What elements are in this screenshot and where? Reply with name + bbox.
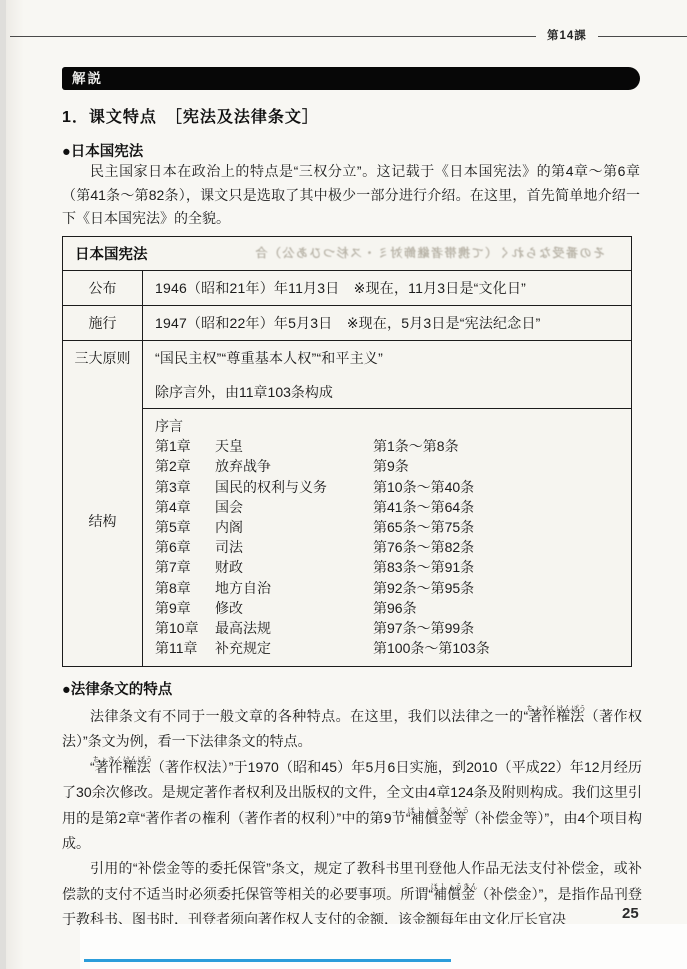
chapter-name: 国会 bbox=[215, 497, 373, 517]
chapter-number: 第7章 bbox=[155, 557, 215, 577]
law-paragraph: 引用的“补偿金等的委托保管”条文，规定了教科书里刊登他人作品无法支付补偿金，或补… bbox=[62, 856, 642, 932]
chapter-row: 第11章补充规定第100条～第103条 bbox=[155, 638, 619, 658]
chapter-name: 放弃战争 bbox=[215, 456, 373, 476]
chapter-articles: 第41条～第64条 bbox=[373, 497, 619, 517]
page-number: 25 bbox=[622, 905, 639, 922]
chapter-name: 补充规定 bbox=[215, 638, 373, 658]
chapter-name: 财政 bbox=[215, 557, 373, 577]
chapter-number: 第10章 bbox=[155, 618, 215, 638]
chapter-articles: 第83条～第91条 bbox=[373, 557, 619, 577]
chapter-name: 天皇 bbox=[215, 436, 373, 456]
chapter-number: 第8章 bbox=[155, 578, 215, 598]
table-row-structure: 结构 除序言外，由11章103条构成 序言 第1章天皇第1条～第8条第2章放弃战… bbox=[63, 375, 631, 666]
table-row-value: “国民主权”“尊重基本人权”“和平主义” bbox=[143, 341, 631, 375]
chapter-number: 第6章 bbox=[155, 537, 215, 557]
chapter-number: 第5章 bbox=[155, 517, 215, 537]
chapter-name: 司法 bbox=[215, 537, 373, 557]
chapter-number: 第2章 bbox=[155, 456, 215, 476]
ruby-annotated-term: ちょさくけんぽう著作権法 bbox=[528, 704, 584, 729]
ruby-annotated-term: ちょさくけんぽう著作権法 bbox=[95, 755, 151, 780]
table-row: 施行1947（昭和22年）年5月3日 ※现在，5月3日是“宪法纪念日” bbox=[63, 306, 631, 341]
scanned-page: 第14課 解説 1．课文特点 ［宪法及法律条文］ ●日本国宪法 民主国家日本在政… bbox=[6, 0, 687, 969]
table-row-value: 1947（昭和22年）年5月3日 ※现在，5月3日是“宪法纪念日” bbox=[143, 306, 631, 340]
chapter-number: 第1章 bbox=[155, 436, 215, 456]
structure-preface: 序言 bbox=[155, 416, 619, 436]
ruby-annotated-term: ほ しょうきんとう補償金等 bbox=[411, 806, 467, 831]
chapter-articles: 第9条 bbox=[373, 456, 619, 476]
chapter-row: 第10章最高法规第97条～第99条 bbox=[155, 618, 619, 638]
chapter-name: 修改 bbox=[215, 598, 373, 618]
chapter-row: 第2章放弃战争第9条 bbox=[155, 456, 619, 476]
table-row-value: 1946（昭和21年）年11月3日 ※现在，11月3日是“文化日” bbox=[143, 271, 631, 305]
constitution-table: 日本国宪法 その番受なられく（て携帯者継飾対ミ・ス杉つひあ公）合 公布1946（… bbox=[62, 236, 632, 667]
table-row-label: 公布 bbox=[63, 271, 143, 305]
chapter-row: 第1章天皇第1条～第8条 bbox=[155, 436, 619, 456]
chapter-row: 第3章国民的权利与义务第10条～第40条 bbox=[155, 477, 619, 497]
chapter-articles: 第10条～第40条 bbox=[373, 477, 619, 497]
constitution-intro-paragraph: 民主国家日本在政治上的特点是“三权分立”。这记载于《日本国宪法》的第4章～第6章… bbox=[62, 160, 640, 231]
ruby-reading: ちょさくけんぽう bbox=[93, 747, 153, 772]
table-body: 公布1946（昭和21年）年11月3日 ※现在，11月3日是“文化日”施行194… bbox=[63, 271, 631, 375]
section-bar-label: 解説 bbox=[72, 71, 103, 86]
table-row-label: 三大原则 bbox=[63, 341, 143, 375]
table-row-label: 施行 bbox=[63, 306, 143, 340]
chapter-number: 第3章 bbox=[155, 477, 215, 497]
chapter-name: 国民的权利与义务 bbox=[215, 477, 373, 497]
chapter-row: 第4章国会第41条～第64条 bbox=[155, 497, 619, 517]
chapter-number: 第4章 bbox=[155, 497, 215, 517]
constitution-section-title: ●日本国宪法 bbox=[62, 140, 143, 161]
chapter-articles: 第97条～第99条 bbox=[373, 618, 619, 638]
chapter-row: 第7章财政第83条～第91条 bbox=[155, 557, 619, 577]
page-title: 1．课文特点 ［宪法及法律条文］ bbox=[62, 104, 319, 127]
structure-summary: 除序言外，由11章103条构成 bbox=[143, 375, 631, 409]
chapter-row: 第9章修改第96条 bbox=[155, 598, 619, 618]
table-row: 公布1946（昭和21年）年11月3日 ※现在，11月3日是“文化日” bbox=[63, 271, 631, 306]
chapter-articles: 第100条～第103条 bbox=[373, 638, 619, 658]
bleed-through-text: その番受なられく（て携帯者継飾対ミ・ス杉つひあ公）合 bbox=[254, 244, 605, 261]
chapter-name: 内阁 bbox=[215, 517, 373, 537]
law-paragraph: “ちょさくけんぽう著作権法（著作权法）”于1970（昭和45）年5月6日实施，到… bbox=[62, 755, 642, 857]
table-row-label: 结构 bbox=[63, 375, 143, 666]
chapter-articles: 第65条～第75条 bbox=[373, 517, 619, 537]
law-section: ●法律条文的特点 法律条文有不同于一般文章的各种特点。在这里，我们以法律之一的“… bbox=[62, 678, 642, 933]
chapter-list: 序言 第1章天皇第1条～第8条第2章放弃战争第9条第3章国民的权利与义务第10条… bbox=[143, 409, 631, 666]
chapter-articles: 第1条～第8条 bbox=[373, 436, 619, 456]
law-paragraphs: 法律条文有不同于一般文章的各种特点。在这里，我们以法律之一的“ちょさくけんぽう著… bbox=[62, 704, 642, 933]
table-row: 三大原则“国民主权”“尊重基本人权”“和平主义” bbox=[63, 341, 631, 375]
chapter-name: 最高法规 bbox=[215, 618, 373, 638]
structure-cell: 除序言外，由11章103条构成 序言 第1章天皇第1条～第8条第2章放弃战争第9… bbox=[143, 375, 631, 666]
chapter-number: 第11章 bbox=[155, 638, 215, 658]
table-title: 日本国宪法 bbox=[75, 243, 148, 264]
lesson-label: 第14課 bbox=[536, 29, 598, 44]
bottom-accent-line bbox=[84, 959, 451, 962]
bottom-white-strip bbox=[80, 924, 687, 969]
ruby-reading: ほ しょうきん bbox=[431, 874, 478, 899]
chapter-number: 第9章 bbox=[155, 598, 215, 618]
chapter-articles: 第96条 bbox=[373, 598, 619, 618]
chapter-name: 地方自治 bbox=[215, 578, 373, 598]
table-header-row: 日本国宪法 その番受なられく（て携帯者継飾対ミ・ス杉つひあ公）合 bbox=[63, 237, 631, 271]
chapter-articles: 第92条～第95条 bbox=[373, 578, 619, 598]
chapter-row: 第5章内阁第65条～第75条 bbox=[155, 517, 619, 537]
ruby-annotated-term: ほ しょうきん補償金 bbox=[433, 882, 475, 907]
chapter-row: 第6章司法第76条～第82条 bbox=[155, 537, 619, 557]
chapter-articles: 第76条～第82条 bbox=[373, 537, 619, 557]
ruby-reading: ほ しょうきんとう bbox=[407, 798, 469, 823]
ruby-reading: ちょさくけんぽう bbox=[526, 696, 586, 721]
chapter-row: 第8章地方自治第92条～第95条 bbox=[155, 578, 619, 598]
section-bar: 解説 bbox=[62, 67, 640, 90]
